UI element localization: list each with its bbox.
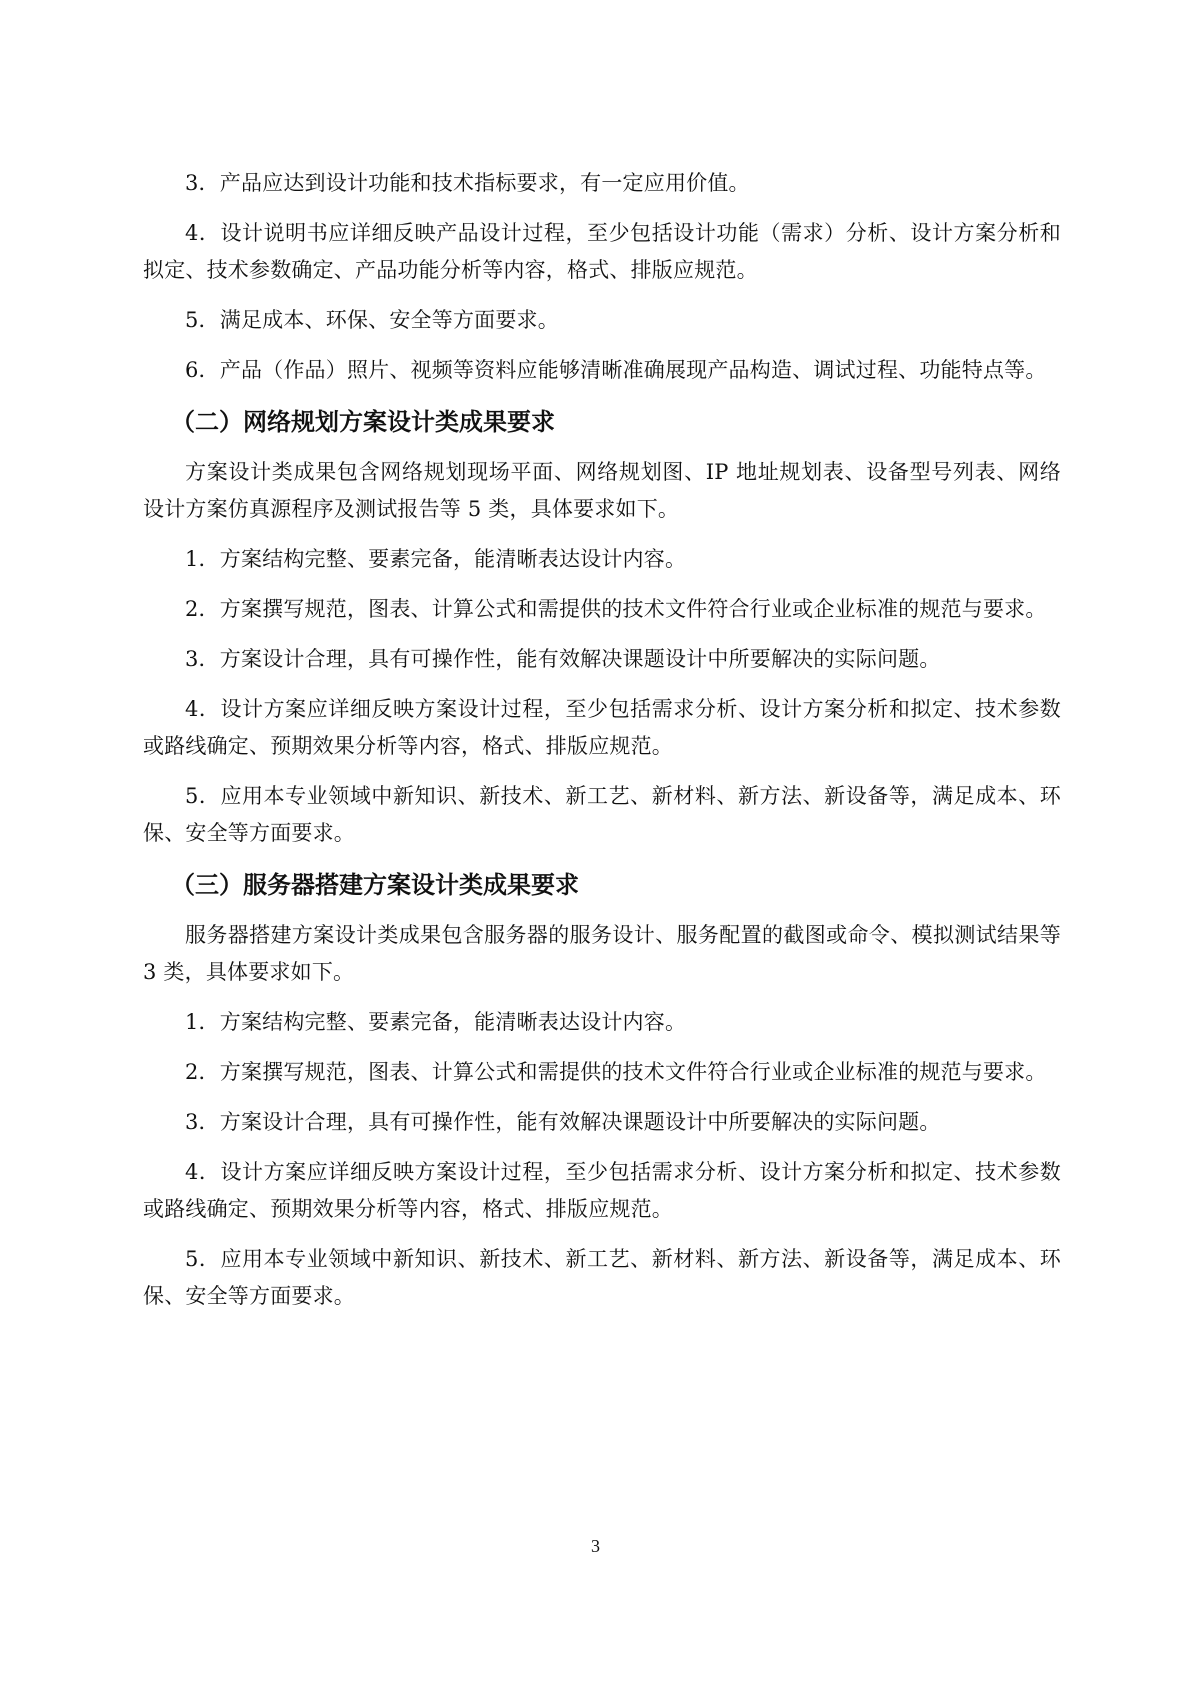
requirement-item: 4．设计说明书应详细反映产品设计过程，至少包括设计功能（需求）分析、设计方案分析… [143,215,1061,289]
page-number: 3 [0,1536,1191,1557]
requirement-item: 3．方案设计合理，具有可操作性，能有效解决课题设计中所要解决的实际问题。 [143,641,1061,678]
requirement-item: 5．满足成本、环保、安全等方面要求。 [143,302,1061,339]
requirement-item: 3．产品应达到设计功能和技术指标要求，有一定应用价值。 [143,165,1061,202]
requirement-item: 6．产品（作品）照片、视频等资料应能够清晰准确展现产品构造、调试过程、功能特点等… [143,352,1061,389]
requirement-item: 1．方案结构完整、要素完备，能清晰表达设计内容。 [143,541,1061,578]
section-intro: 服务器搭建方案设计类成果包含服务器的服务设计、服务配置的截图或命令、模拟测试结果… [143,917,1061,991]
requirement-item: 5．应用本专业领域中新知识、新技术、新工艺、新材料、新方法、新设备等，满足成本、… [143,778,1061,852]
section-heading-server-setup: （三）服务器搭建方案设计类成果要求 [143,865,1061,905]
page-content: 3．产品应达到设计功能和技术指标要求，有一定应用价值。 4．设计说明书应详细反映… [143,165,1061,1328]
section-intro: 方案设计类成果包含网络规划现场平面、网络规划图、IP 地址规划表、设备型号列表、… [143,454,1061,528]
requirement-item: 1．方案结构完整、要素完备，能清晰表达设计内容。 [143,1004,1061,1041]
requirement-item: 3．方案设计合理，具有可操作性，能有效解决课题设计中所要解决的实际问题。 [143,1104,1061,1141]
section-heading-network-planning: （二）网络规划方案设计类成果要求 [143,402,1061,442]
requirement-item: 4．设计方案应详细反映方案设计过程，至少包括需求分析、设计方案分析和拟定、技术参… [143,691,1061,765]
requirement-item: 5．应用本专业领域中新知识、新技术、新工艺、新材料、新方法、新设备等，满足成本、… [143,1241,1061,1315]
requirement-item: 4．设计方案应详细反映方案设计过程，至少包括需求分析、设计方案分析和拟定、技术参… [143,1154,1061,1228]
requirement-item: 2．方案撰写规范，图表、计算公式和需提供的技术文件符合行业或企业标准的规范与要求… [143,591,1061,628]
requirement-item: 2．方案撰写规范，图表、计算公式和需提供的技术文件符合行业或企业标准的规范与要求… [143,1054,1061,1091]
document-page: 3．产品应达到设计功能和技术指标要求，有一定应用价值。 4．设计说明书应详细反映… [0,0,1191,1684]
